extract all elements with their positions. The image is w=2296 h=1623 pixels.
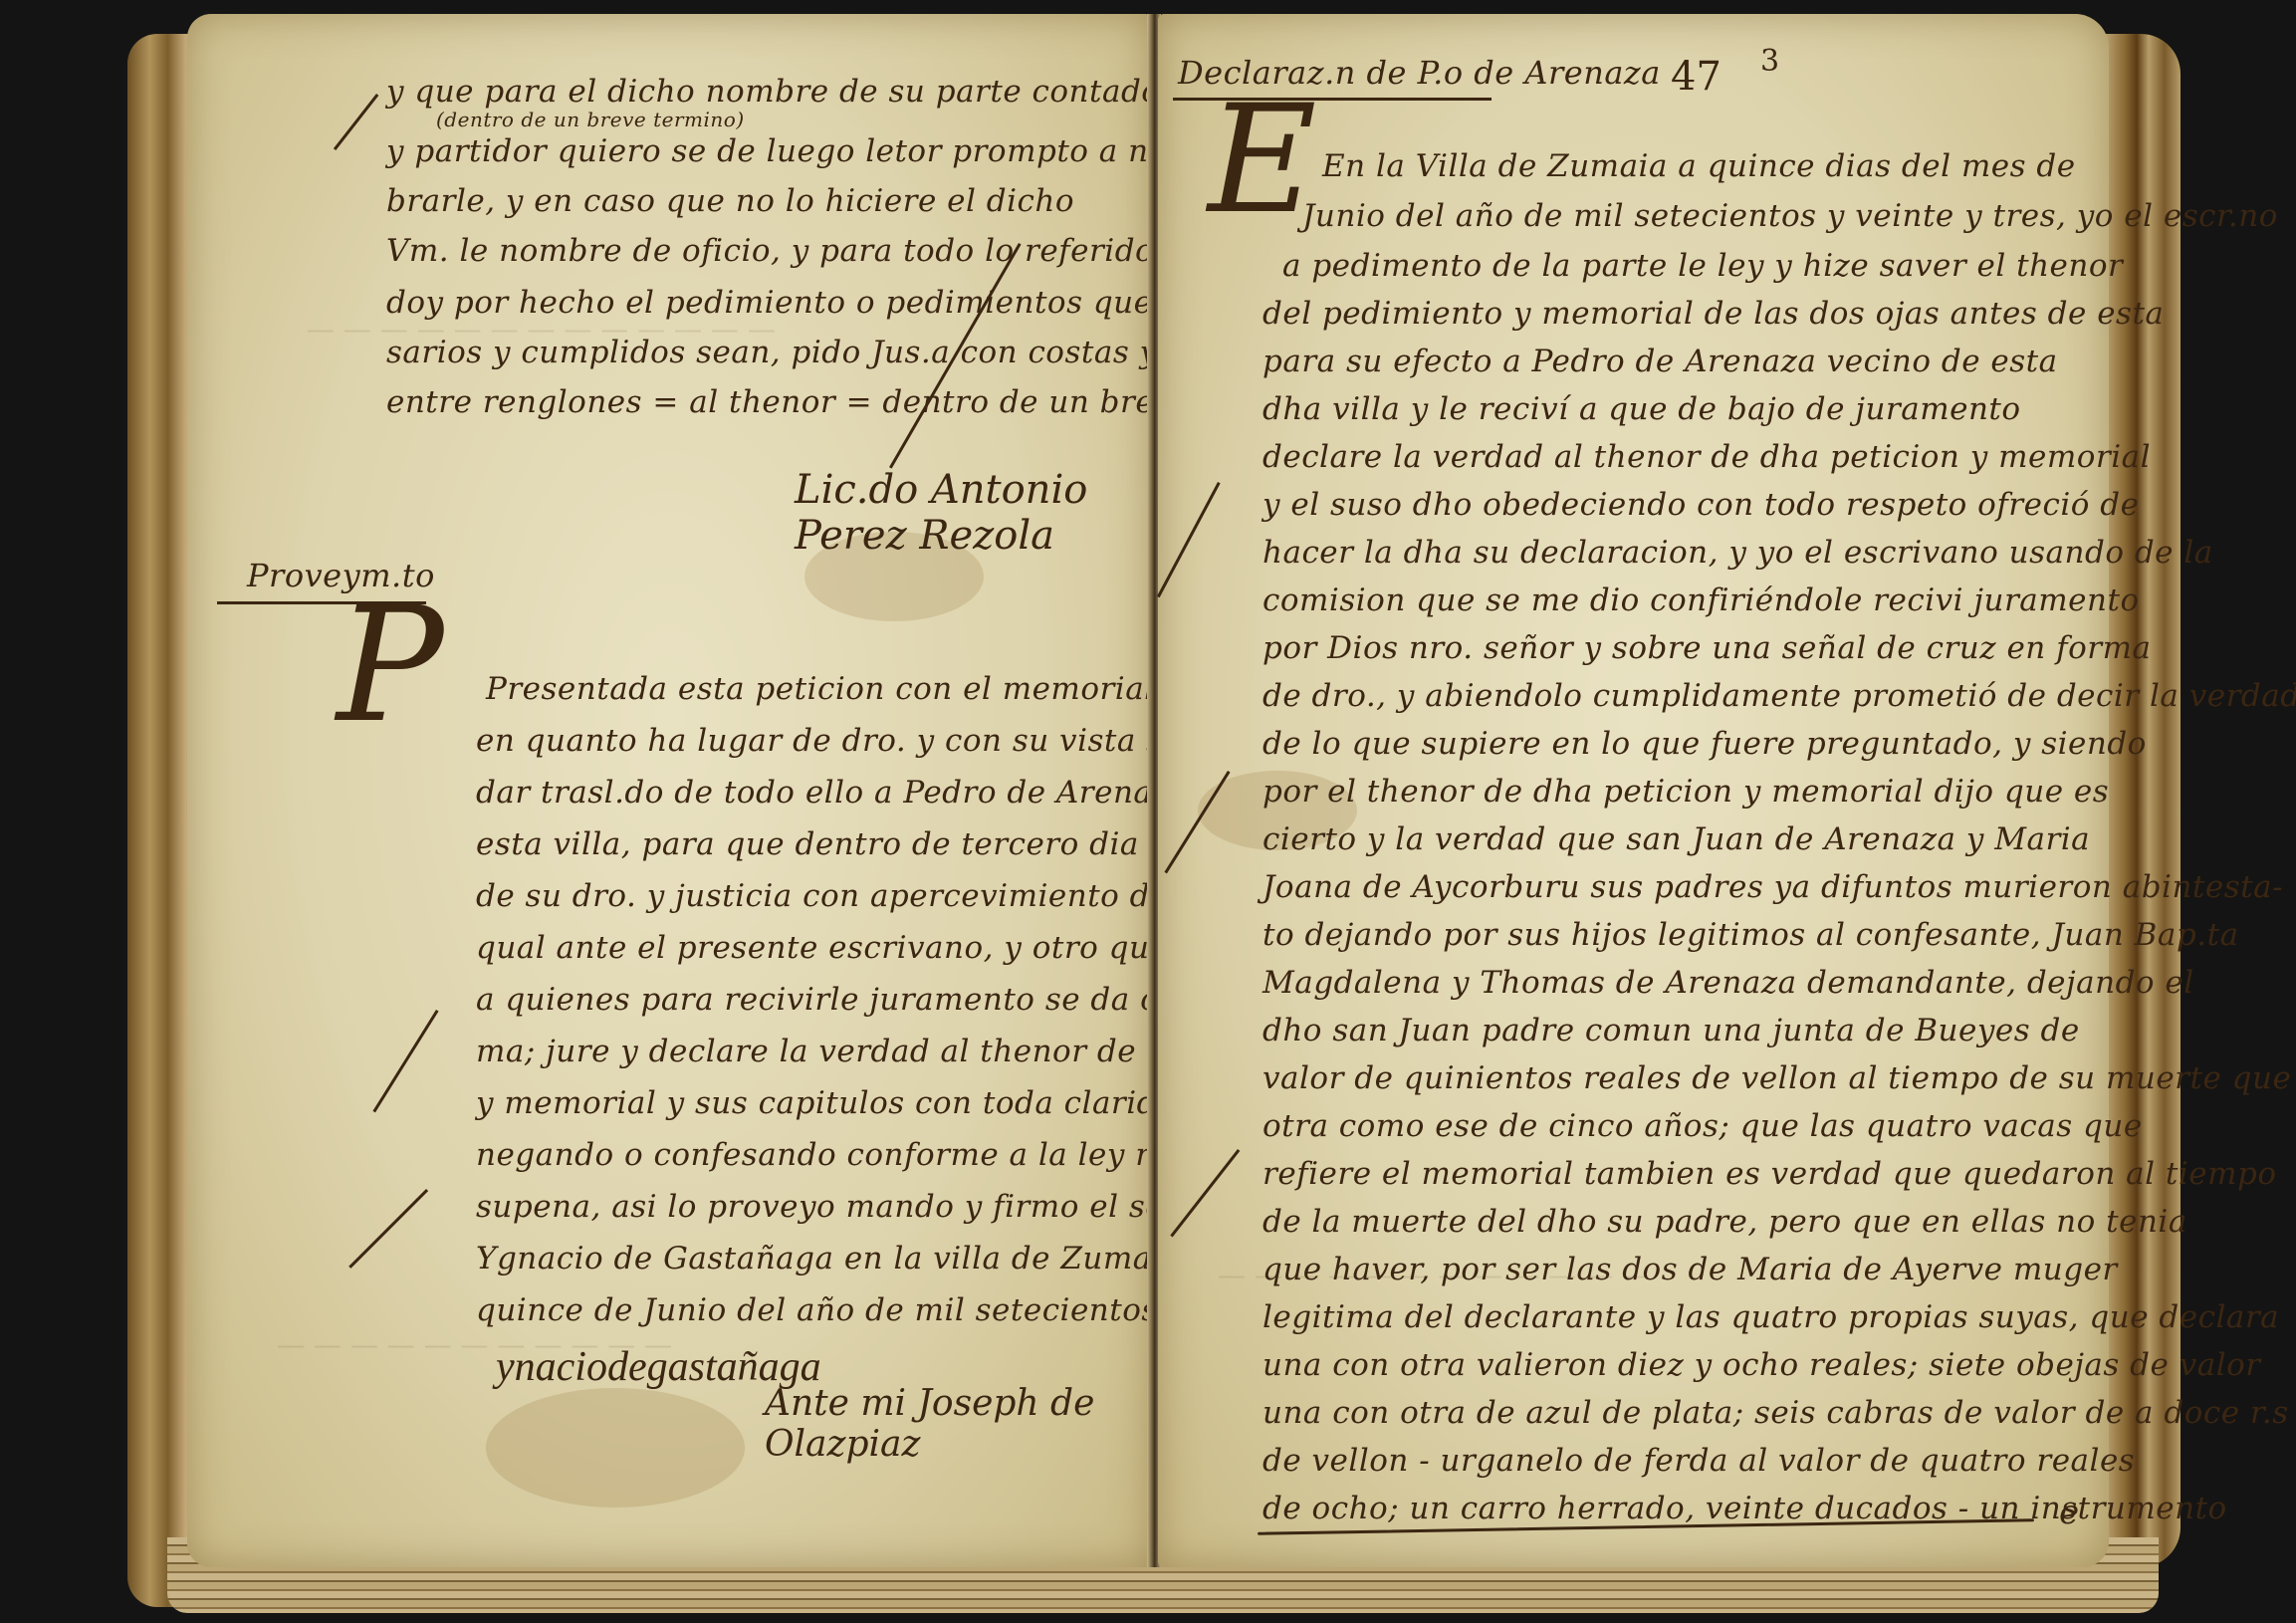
text-line: de vellon - urganelo de ferda al valor d… [1263, 1443, 2135, 1479]
open-manuscript-book: — — — — — — — — — — — — — — — — — — — — … [127, 4, 2181, 1615]
text-line: del pedimiento y memorial de las dos oja… [1263, 296, 2164, 332]
text-line: Joana de Aycorburu sus padres ya difunto… [1263, 869, 2283, 905]
text-line: por Dios nro. señor y sobre una señal de… [1263, 630, 2151, 666]
right-page: — — — — — — — — — — — — Declaraz.n de P.… [1158, 14, 2109, 1567]
text-line: de lo que supiere en lo que fuere pregun… [1263, 726, 2147, 762]
text-line: declare la verdad al thenor de dha petic… [1263, 439, 2151, 475]
text-line: de la muerte del dho su padre, pero que … [1263, 1204, 2187, 1240]
text-line: y que para el dicho nombre de su parte c… [386, 74, 1176, 110]
text-line: dha villa y le reciví a que de bajo de j… [1263, 391, 2021, 427]
margin-flourish [348, 1189, 428, 1269]
decorative-initial-p: P [337, 572, 444, 758]
end-mark: e [2059, 1493, 2080, 1532]
petitioner-signature: Lic.do Antonio Perez Rezola [795, 467, 1151, 559]
folio-mark: 3 [1760, 44, 1779, 79]
text-line: refiere el memorial tambien es verdad qu… [1263, 1156, 2277, 1192]
notary-signature: Ante mi Joseph de Olazpiaz [765, 1383, 1151, 1465]
text-line: dho san Juan padre comun una junta de Bu… [1263, 1013, 2080, 1048]
margin-flourish [1157, 482, 1221, 597]
text-line: y partidor quiero se de luego letor prom… [386, 133, 1209, 169]
text-line: que haver, por ser las dos de Maria de A… [1263, 1252, 2118, 1287]
text-line: Magdalena y Thomas de Arenaza demandante… [1263, 965, 2194, 1001]
text-line: brarle, y en caso que no lo hiciere el d… [386, 183, 1074, 219]
text-line: a pedimento de la parte le ley y hize sa… [1282, 248, 2123, 284]
text-line-interlinear: (dentro de un breve termino) [436, 108, 745, 131]
text-line: En la Villa de Zumaia a quince dias del … [1322, 148, 2076, 184]
text-line: hacer la dha su declaracion, y yo el esc… [1263, 535, 2213, 571]
water-stain [486, 1388, 745, 1507]
text-line: Junio del año de mil setecientos y veint… [1302, 198, 2278, 234]
text-line: to dejando por sus hijos legitimos al co… [1263, 917, 2239, 953]
text-line: y el suso dho obedeciendo con todo respe… [1263, 487, 2139, 523]
text-line: otra como ese de cinco años; que las qua… [1263, 1108, 2143, 1144]
text-line: cierto y la verdad que san Juan de Arena… [1263, 821, 2090, 857]
text-line: comision que se me dio confiriéndole rec… [1263, 582, 2140, 618]
text-line: para su efecto a Pedro de Arenaza vecino… [1263, 344, 2058, 379]
margin-flourish [372, 1010, 438, 1112]
text-line: valor de quinientos reales de vellon al … [1263, 1060, 2291, 1096]
text-line: Ygnacio de Gastañaga en la villa de Zuma… [476, 1241, 1210, 1276]
margin-flourish [334, 94, 378, 150]
margin-flourish [1170, 1149, 1240, 1238]
text-line: de dro., y abiendolo cumplidamente prome… [1263, 678, 2296, 714]
text-line: legitima del declarante y las quatro pro… [1263, 1299, 2279, 1335]
text-line: una con otra de azul de plata; seis cabr… [1263, 1395, 2289, 1431]
left-page: — — — — — — — — — — — — — — — — — — — — … [187, 14, 1151, 1567]
text-line: de ocho; un carro herrado, veinte ducado… [1263, 1491, 2227, 1526]
folio-number: 47 [1671, 54, 1722, 100]
decorative-initial-e: E [1208, 74, 1317, 247]
text-line: Vm. le nombre de oficio, y para todo lo … [386, 233, 1154, 269]
text-line: una con otra valieron diez y ocho reales… [1263, 1347, 2261, 1383]
text-line: por el thenor de dha peticion y memorial… [1263, 774, 2109, 810]
